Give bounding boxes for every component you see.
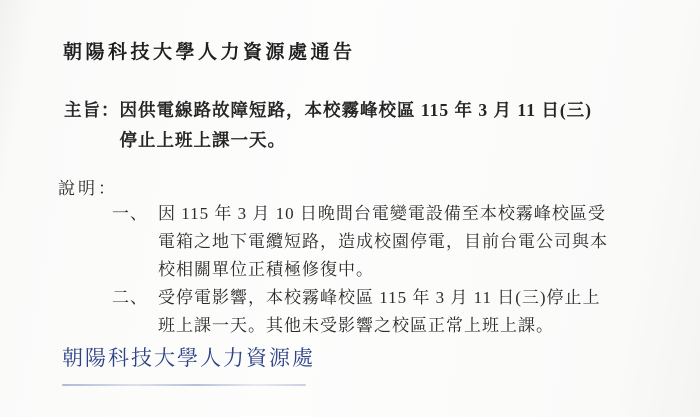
document-title: 朝陽科技大學人力資源處通告 [63,40,356,66]
explanation-item-1: 一、 因 115 年 3 月 10 日晚間台電變電設備至本校霧峰校區受 電箱之地… [112,200,608,284]
subject-section: 主旨： 因供電線路故障短路，本校霧峰校區 115 年 3 月 11 日(三) 停… [64,95,592,155]
explanation-label: 說明： [58,174,118,199]
item-1-line-1: 因 115 年 3 月 10 日晚間台電變電設備至本校霧峰校區受 [158,200,608,228]
item-2-line-1: 受停電影響，本校霧峰校區 115 年 3 月 11 日(三)停止上 [158,284,601,312]
item-1-text: 因 115 年 3 月 10 日晚間台電變電設備至本校霧峰校區受 電箱之地下電纜… [158,200,608,284]
scanned-notice-document: 朝陽科技大學人力資源處通告 主旨： 因供電線路故障短路，本校霧峰校區 115 年… [0,0,700,417]
item-2-line-2: 班上課一天。其他未受影響之校區正常上班上課。 [158,312,601,340]
subject-line-2: 停止上班上課一天。 [120,125,592,155]
subject-line-1: 因供電線路故障短路，本校霧峰校區 115 年 3 月 11 日(三) [120,95,592,125]
item-2-text: 受停電影響，本校霧峰校區 115 年 3 月 11 日(三)停止上 班上課一天。… [158,284,601,340]
explanation-item-2: 二、 受停電影響，本校霧峰校區 115 年 3 月 11 日(三)停止上 班上課… [112,284,601,340]
signature-underline [62,384,306,386]
item-1-line-2: 電箱之地下電纜短路，造成校園停電，目前台電公司與本 [158,228,608,256]
item-1-number: 一、 [112,200,158,228]
signature-link[interactable]: 朝陽科技大學人力資源處 [62,344,315,372]
subject-label: 主旨： [64,95,120,125]
item-1-line-3: 校相關單位正積極修復中。 [158,256,608,284]
item-2-number: 二、 [112,284,158,312]
subject-text: 因供電線路故障短路，本校霧峰校區 115 年 3 月 11 日(三) 停止上班上… [120,95,592,155]
